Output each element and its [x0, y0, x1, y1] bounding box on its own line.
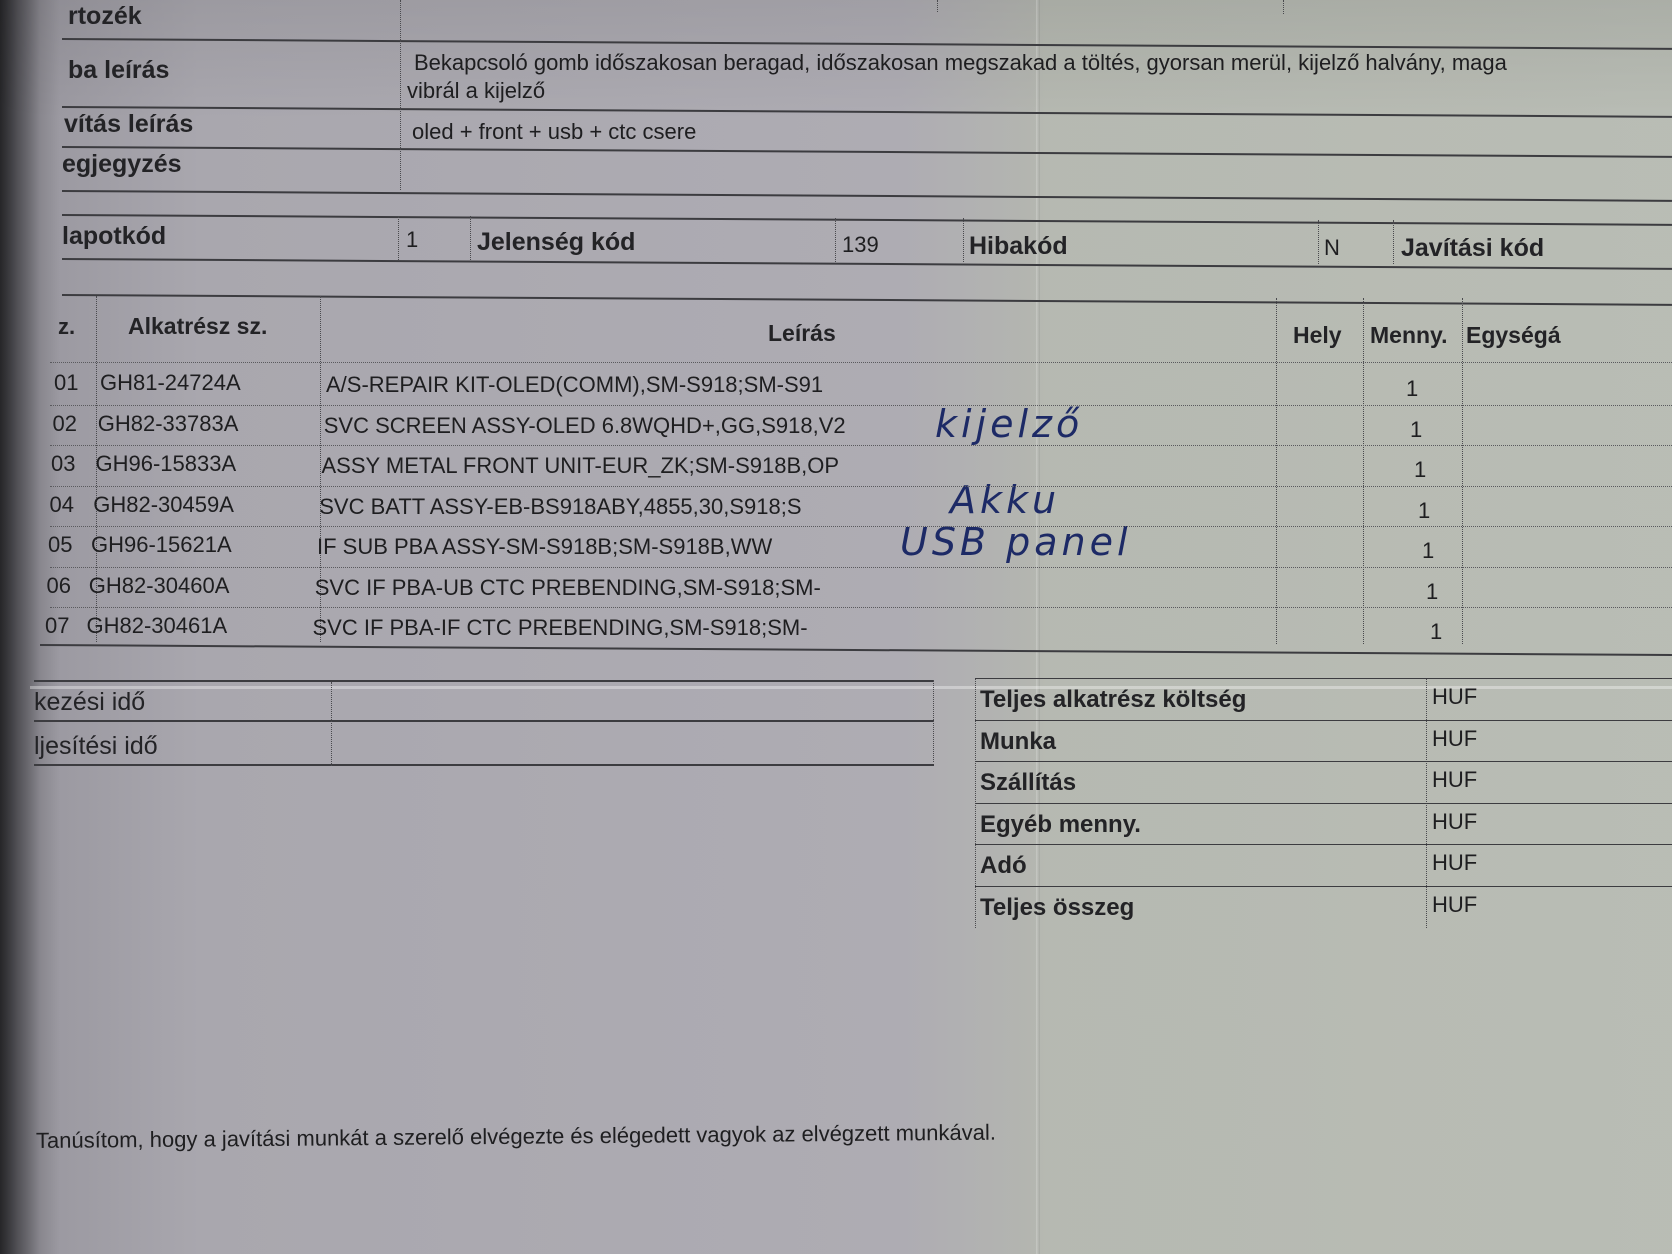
cost-currency: HUF — [1432, 726, 1477, 752]
repair-description-label: vítás leírás — [64, 110, 193, 139]
column-divider — [1393, 220, 1394, 264]
row-divider — [975, 886, 1672, 887]
column-divider — [1363, 298, 1364, 644]
fault-code-value: N — [1324, 235, 1340, 261]
header-quantity: Menny. — [1370, 322, 1448, 349]
handwritten-note: kijelző — [935, 402, 1083, 446]
part-description: SVC SCREEN ASSY-OLED 6.8WQHD+,GG,S918,V2 — [324, 413, 846, 439]
fault-description-line2: vibrál a kijelző — [407, 78, 545, 104]
column-divider — [937, 0, 938, 12]
paper-crease — [1036, 0, 1040, 1254]
column-divider — [331, 682, 332, 766]
row-number: 01 — [54, 370, 78, 396]
divider — [34, 680, 934, 682]
cost-currency: HUF — [1432, 684, 1477, 710]
symptom-code-label: Jelenség kód — [477, 228, 635, 257]
column-divider — [400, 0, 401, 190]
divider — [34, 720, 934, 722]
row-divider — [975, 803, 1672, 804]
row-divider — [975, 844, 1672, 845]
part-number: GH96-15833A — [96, 451, 237, 477]
part-quantity: 1 — [1426, 579, 1438, 605]
part-number: GH82-30459A — [93, 492, 234, 518]
part-description: IF SUB PBA ASSY-SM-S918B;SM-S918B,WW — [317, 534, 772, 560]
completion-time-label: ljesítési idő — [34, 732, 158, 761]
part-quantity: 1 — [1410, 417, 1422, 443]
part-number: GH81-24724A — [100, 370, 241, 396]
row-divider — [50, 486, 1672, 487]
status-code-label: lapotkód — [62, 222, 166, 251]
column-divider — [1276, 298, 1277, 644]
part-number: GH82-30461A — [87, 613, 228, 639]
column-divider — [398, 216, 399, 260]
accessory-label: rtozék — [68, 2, 142, 31]
fault-description-label: ba leírás — [68, 56, 169, 85]
row-divider — [50, 445, 1672, 446]
row-divider — [50, 526, 1672, 527]
symptom-code-value: 139 — [842, 232, 879, 258]
notes-label: egjegyzés — [62, 150, 182, 179]
part-number: GH96-15621A — [91, 532, 232, 558]
row-number: 06 — [47, 573, 71, 599]
status-code-value: 1 — [406, 227, 418, 253]
divider — [34, 764, 934, 766]
row-number: 04 — [50, 492, 74, 518]
part-description: ASSY METAL FRONT UNIT-EUR_ZK;SM-S918B,OP — [322, 453, 840, 479]
part-quantity: 1 — [1418, 498, 1430, 524]
row-divider — [50, 405, 1672, 406]
header-divider — [50, 362, 1672, 363]
row-divider — [50, 607, 1672, 608]
part-quantity: 1 — [1430, 619, 1442, 645]
part-quantity: 1 — [1406, 376, 1418, 402]
part-description: A/S-REPAIR KIT-OLED(COMM),SM-S918;SM-S91 — [326, 372, 823, 398]
column-divider — [1318, 220, 1319, 264]
part-quantity: 1 — [1422, 538, 1434, 564]
cost-currency: HUF — [1432, 767, 1477, 793]
column-divider — [1283, 0, 1284, 14]
fault-code-label: Hibakód — [969, 232, 1068, 261]
cost-label: Teljes alkatrész költség — [980, 686, 1246, 714]
column-divider — [963, 218, 964, 262]
row-number: 03 — [51, 451, 75, 477]
part-description: SVC IF PBA-UB CTC PREBENDING,SM-S918;SM- — [315, 575, 821, 601]
part-number: GH82-33783A — [98, 411, 239, 437]
part-description: SVC IF PBA-IF CTC PREBENDING,SM-S918;SM- — [313, 615, 808, 641]
header-description: Leírás — [768, 320, 836, 347]
header-no: z. — [58, 314, 75, 340]
reception-time-label: kezési idő — [34, 688, 145, 717]
cost-label: Szállítás — [980, 769, 1076, 797]
column-divider — [1462, 298, 1463, 644]
cost-currency: HUF — [1432, 850, 1477, 876]
repair-description-value: oled + front + usb + ctc csere — [412, 119, 696, 145]
column-divider — [470, 216, 471, 260]
row-divider — [50, 567, 1672, 568]
header-place: Hely — [1293, 322, 1342, 349]
row-number: 02 — [53, 411, 77, 437]
cost-label: Egyéb menny. — [980, 811, 1141, 839]
header-unit-price: Egységá — [1466, 322, 1561, 349]
part-description: SVC BATT ASSY-EB-BS918ABY,4855,30,S918;S — [319, 494, 801, 520]
cost-currency: HUF — [1432, 809, 1477, 835]
cost-label: Munka — [980, 728, 1056, 756]
part-quantity: 1 — [1414, 457, 1426, 483]
row-number: 07 — [45, 613, 69, 639]
fault-description-line1: Bekapcsoló gomb időszakosan beragad, idő… — [414, 50, 1507, 76]
repair-code-label: Javítási kód — [1401, 234, 1544, 263]
document-paper — [0, 0, 1672, 1254]
column-divider — [933, 680, 934, 762]
row-divider — [975, 678, 1672, 679]
cost-label: Teljes összeg — [980, 894, 1134, 922]
column-divider — [835, 218, 836, 262]
header-part-number: Alkatrész sz. — [128, 313, 267, 340]
cost-currency: HUF — [1432, 892, 1477, 918]
row-number: 05 — [48, 532, 72, 558]
part-number: GH82-30460A — [89, 573, 230, 599]
cost-label: Adó — [980, 852, 1027, 880]
row-divider — [975, 720, 1672, 721]
row-divider — [975, 761, 1672, 762]
